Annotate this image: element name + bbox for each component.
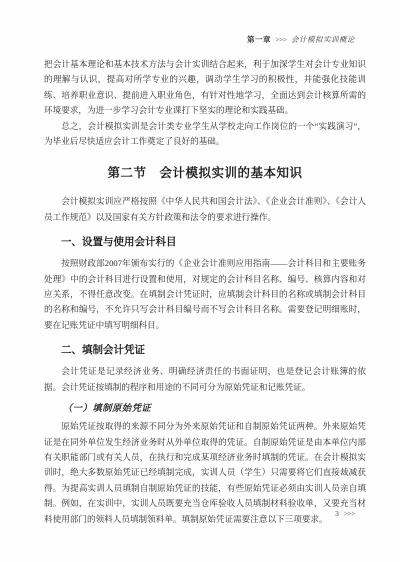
page-content: 把会计基本理论和基本技术方法与会计实训结合起来，利于加深学生对会计专业知识的理解… (44, 57, 366, 527)
footer-arrows: >>> (344, 509, 355, 518)
chapter-label: 第一章 (247, 35, 271, 44)
page-number: 3 (335, 509, 339, 518)
header-arrows: >>> (275, 35, 286, 44)
paragraph: 会计凭证是记录经济业务、明确经济责任的书面证明，也是登记会计账簿的依据。会计凭证… (44, 364, 366, 395)
paragraph: 会计模拟实训应严格按照《中华人民共和国会计法》、《企业会计准则》、《会计人员工作… (44, 194, 366, 225)
paragraph: 总之，会计模拟实训是会计类专业学生从学校走向工作岗位的一个“实践演习”，为毕业后… (44, 119, 366, 150)
subsection-heading: 二、填制会计凭证 (44, 342, 366, 357)
paragraph: 原始凭证按取得的来源不同分为外来原始凭证和自制原始凭证两种。外来原始凭证是在同外… (44, 419, 366, 527)
book-page: 第一章 >>> 会计模拟实训概论 把会计基本理论和基本技术方法与会计实训结合起来… (0, 0, 400, 562)
page-footer: 3 >>> (335, 509, 355, 518)
paragraph: 把会计基本理论和基本技术方法与会计实训结合起来，利于加深学生对会计专业知识的理解… (44, 57, 366, 119)
paragraph: 按照财政部2007年颁布实行的《企业会计准则应用指南——会计科目和主要账务处理》… (44, 256, 366, 333)
item-heading: （一）填制原始凭证 (44, 400, 366, 414)
section-heading: 第二节 会计模拟实训的基本知识 (44, 163, 366, 181)
subsection-heading: 一、设置与使用会计科目 (44, 234, 366, 249)
page-header: 第一章 >>> 会计模拟实训概论 (247, 34, 355, 45)
header-title: 会计模拟实训概论 (291, 35, 355, 44)
